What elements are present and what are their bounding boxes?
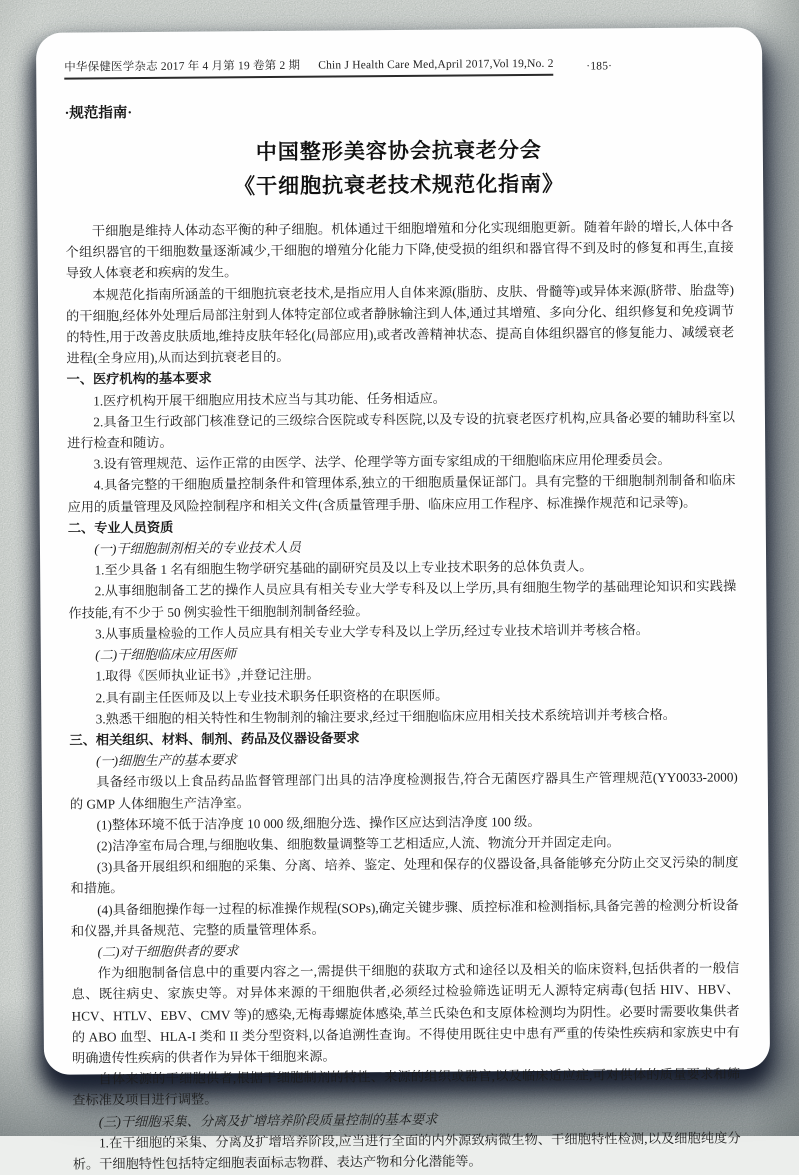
body-paragraph: 2.从事细胞制备工艺的操作人员应具有相关专业大学专科及以上学历,具有细胞生物学的… xyxy=(68,576,736,624)
body-paragraph: (3)具备开展组织和细胞的采集、分离、培养、鉴定、处理和保存的仪器设备,具备能够… xyxy=(70,852,738,900)
body-paragraph: 干细胞是维持人体动态平衡的种子细胞。机体通过干细胞增殖和分化实现细胞更新。随着年… xyxy=(65,215,733,284)
journal-title-chinese: 中华保健医学杂志 2017 年 4 月第 19 卷第 2 期 xyxy=(64,60,300,74)
journal-title-english: Chin J Health Care Med,April 2017,Vol 19… xyxy=(318,58,554,72)
journal-header: 中华保健医学杂志 2017 年 4 月第 19 卷第 2 期Chin J Hea… xyxy=(64,53,732,79)
body-paragraph: 本规范化指南所涵盖的干细胞抗衰老技术,是指应用人自体来源(脂肪、皮肤、骨髓等)或… xyxy=(66,279,735,369)
body-paragraph: 4.具备完整的干细胞质量控制条件和管理体系,独立的干细胞质量保证部门。具有完整的… xyxy=(67,470,735,518)
body-paragraph: 自体来源的干细胞供者,根据干细胞制剂的特性、来源的组织或器官,以及临床适应症,可… xyxy=(72,1064,740,1112)
body-paragraph: 2.具备卫生行政部门核准登记的三级综合医院或专科医院,以及专设的抗衰老医疗机构,… xyxy=(67,406,735,454)
body-paragraph: 作为细胞制备信息中的重要内容之一,需提供干细胞的获取方式和途径以及相关的临床资料… xyxy=(71,958,740,1069)
document-title: 中国整形美容协会抗衰老分会 《干细胞抗衰老技术规范化指南》 xyxy=(65,131,734,204)
body-paragraph: 具备经市级以上食品药品监督管理部门出具的洁净度检测报告,符合无菌医疗器具生产管理… xyxy=(70,767,738,815)
document-title-line1: 中国整形美容协会抗衰老分会 xyxy=(65,131,733,170)
column-section-label: ·规范指南· xyxy=(64,96,732,122)
document-title-line2: 《干细胞抗衰老技术规范化指南》 xyxy=(65,165,733,204)
body-paragraph: (4)具备细胞操作每一过程的标准操作规程(SOPs),确定关键步骤、质控标准和检… xyxy=(71,894,739,942)
article-body: 干细胞是维持人体动态平衡的种子细胞。机体通过干细胞增殖和分化实现细胞更新。随着年… xyxy=(65,215,740,1136)
page-number: ·185· xyxy=(586,60,612,75)
document-page: 中华保健医学杂志 2017 年 4 月第 19 卷第 2 期Chin J Hea… xyxy=(36,27,770,1075)
journal-citation: 中华保健医学杂志 2017 年 4 月第 19 卷第 2 期Chin J Hea… xyxy=(64,55,554,80)
